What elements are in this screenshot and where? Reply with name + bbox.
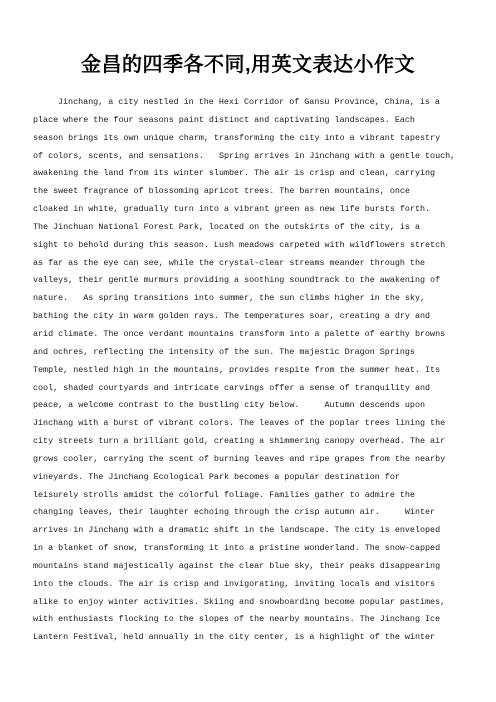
text-line: peace, a welcome contrast to the bustlin… xyxy=(33,397,468,415)
text-line: Jinchang with a burst of vibrant colors.… xyxy=(33,415,468,433)
text-line: mountains stand majestically against the… xyxy=(33,558,468,576)
text-line: the sweet fragrance of blossoming aprico… xyxy=(33,183,468,201)
text-line: season brings its own unique charm, tran… xyxy=(33,130,468,148)
text-line: into the clouds. The air is crisp and in… xyxy=(33,576,468,594)
text-line: Jinchang, a city nestled in the Hexi Cor… xyxy=(33,94,468,112)
text-line: nature. As spring transitions into summe… xyxy=(33,290,468,308)
text-line: changing leaves, their laughter echoing … xyxy=(33,504,468,522)
document-body: Jinchang, a city nestled in the Hexi Cor… xyxy=(33,94,468,647)
text-line: cloaked in white, gradually turn into a … xyxy=(33,201,468,219)
document-title: 金昌的四季各不同,用英文表达小作文 xyxy=(0,0,496,77)
text-line: Temple, nestled high in the mountains, p… xyxy=(33,362,468,380)
text-line: awakening the land from its winter slumb… xyxy=(33,165,468,183)
text-line: grows cooler, carrying the scent of burn… xyxy=(33,451,468,469)
text-line: in a blanket of snow, transforming it in… xyxy=(33,540,468,558)
text-line: city streets turn a brilliant gold, crea… xyxy=(33,433,468,451)
text-line: arid climate. The once verdant mountains… xyxy=(33,326,468,344)
text-line: vineyards. The Jinchang Ecological Park … xyxy=(33,469,468,487)
document-page: 金昌的四季各不同,用英文表达小作文 Jinchang, a city nestl… xyxy=(0,0,496,702)
text-line: bathing the city in warm golden rays. Th… xyxy=(33,308,468,326)
text-line: Lantern Festival, held annually in the c… xyxy=(33,629,468,647)
text-line: place where the four seasons paint disti… xyxy=(33,112,468,130)
text-line: The Jinchuan National Forest Park, locat… xyxy=(33,219,468,237)
text-line: of colors, scents, and sensations. Sprin… xyxy=(33,148,468,166)
text-line: leisurely strolls amidst the colorful fo… xyxy=(33,487,468,505)
text-line: with enthusiasts flocking to the slopes … xyxy=(33,611,468,629)
text-line: as far as the eye can see, while the cry… xyxy=(33,255,468,273)
text-line: valleys, their gentle murmurs providing … xyxy=(33,272,468,290)
text-line: and ochres, reflecting the intensity of … xyxy=(33,344,468,362)
text-line: alike to enjoy winter activities. Skiing… xyxy=(33,594,468,612)
text-line: arrives in Jinchang with a dramatic shif… xyxy=(33,522,468,540)
text-line: cool, shaded courtyards and intricate ca… xyxy=(33,380,468,398)
text-line: sight to behold during this season. Lush… xyxy=(33,237,468,255)
